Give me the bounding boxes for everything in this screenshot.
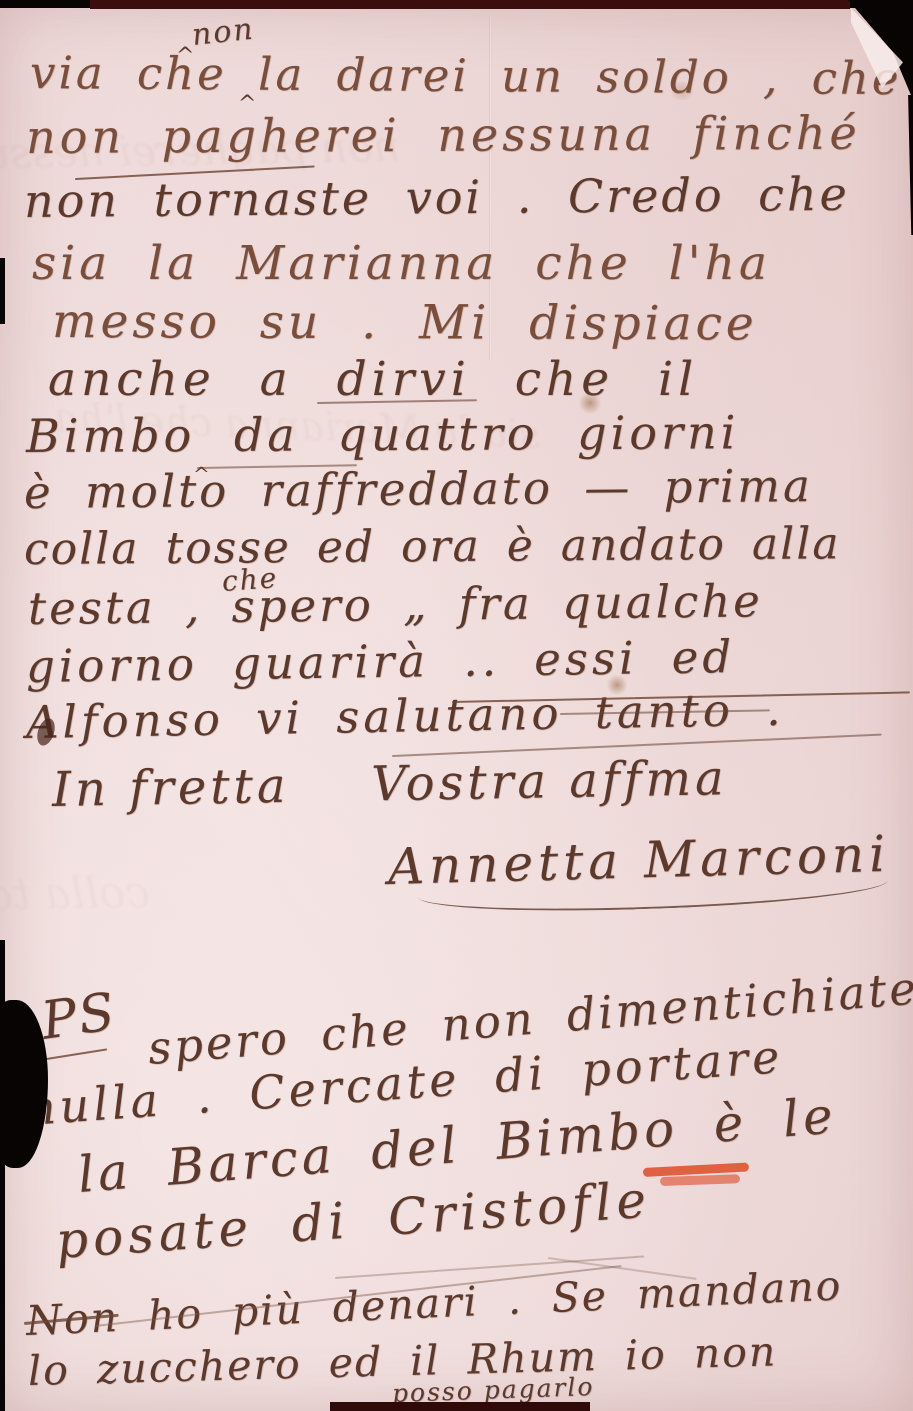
body-line: messo su . Mi dispiace bbox=[52, 294, 758, 351]
paper-bottom-edge bbox=[330, 1402, 590, 1411]
stain bbox=[668, 82, 696, 100]
body-line: Alfonso vi salutano tanto . bbox=[26, 683, 785, 749]
body-line: via che la darei un soldo , che bbox=[30, 46, 902, 105]
closing-line: In frettaVostra affma bbox=[52, 750, 729, 818]
body-line: Bimbo da quattro giorni bbox=[26, 405, 740, 463]
letter-paper: non pagherei nessuna finché sia la Maria… bbox=[0, 7, 913, 1411]
ps-label: PS bbox=[38, 982, 120, 1052]
body-line: giorno guarirà .. essi ed bbox=[26, 630, 736, 693]
body-line: non pagherei nessuna finché bbox=[26, 106, 861, 164]
body-line: testa , spero „ fra qualche bbox=[28, 574, 763, 635]
paper-top-edge-maroon bbox=[90, 0, 850, 9]
stain bbox=[578, 392, 602, 414]
inserted-word-non: non bbox=[190, 12, 256, 53]
caret-mark: ^ bbox=[238, 92, 256, 117]
closing-left: In fretta bbox=[52, 758, 290, 818]
body-line: sia la Marianna che l'ha bbox=[32, 236, 771, 291]
stain bbox=[606, 675, 628, 695]
inserted-word-che: che bbox=[221, 561, 279, 598]
body-line: è molto raffreddato — prima bbox=[24, 459, 813, 519]
caret-mark: ^ bbox=[193, 462, 210, 486]
caret-mark: ^ bbox=[176, 44, 194, 69]
ghost-showthrough: colla tosse ed ora è andato alla bbox=[0, 867, 150, 930]
body-line: colla tosse ed ora è andato alla bbox=[24, 518, 841, 575]
photo-background: { "letter": { "body_lines": [ "via che l… bbox=[0, 0, 913, 1411]
red-underlined-word: Bimbo bbox=[494, 1099, 680, 1171]
closing-right: Vostra affma bbox=[371, 750, 728, 812]
red-underline bbox=[660, 1174, 740, 1186]
paper-left-edge bbox=[0, 258, 5, 324]
